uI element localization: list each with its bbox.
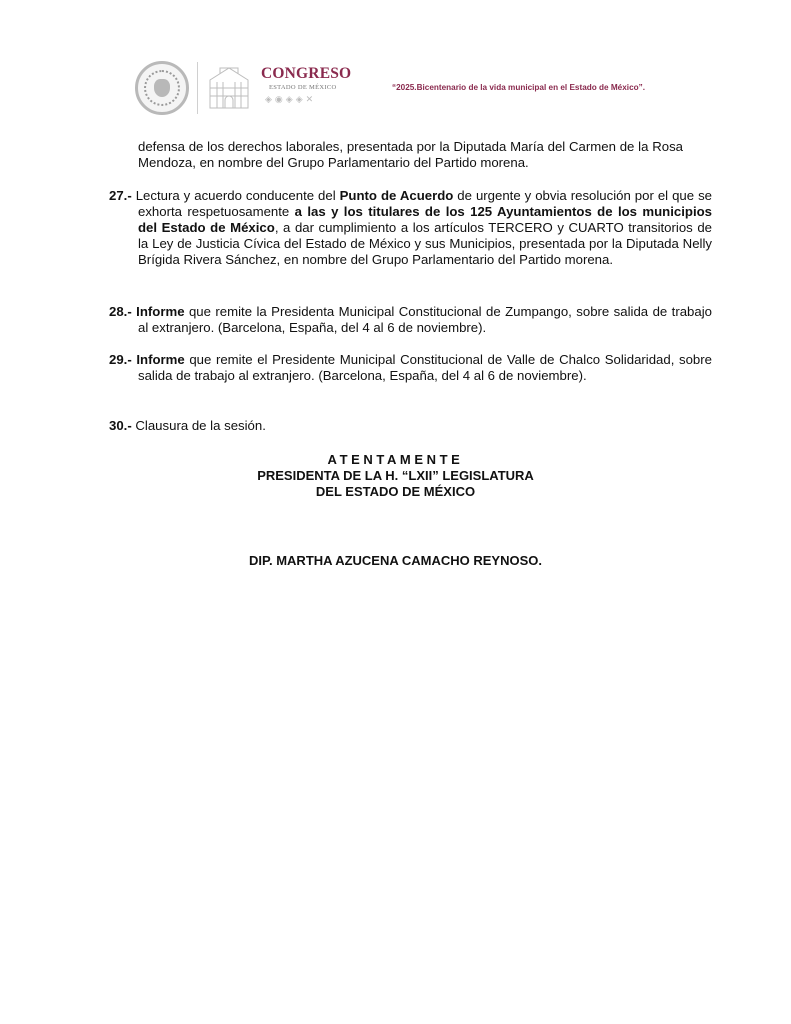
congreso-logo-title: CONGRESO xyxy=(261,65,351,83)
item-text: Clausura de la sesión. xyxy=(132,418,266,433)
congreso-logo-subtitle: ESTADO DE MÉXICO xyxy=(269,84,336,91)
item-number: 30.- xyxy=(109,418,132,433)
item-number: 28.- xyxy=(109,304,132,319)
logo-ornament-icons: ◈◉◈◈✕ xyxy=(265,94,316,105)
item-text: Lectura y acuerdo conducente del xyxy=(132,188,340,203)
header-motto: “2025.Bicentenario de la vida municipal … xyxy=(392,83,645,92)
bold-text: Informe xyxy=(132,352,185,367)
header-divider xyxy=(197,62,198,114)
signature-closing: ATENTAMENTE xyxy=(0,452,791,468)
signature-title-line2: DEL ESTADO DE MÉXICO xyxy=(0,484,791,500)
item-number: 29.- xyxy=(109,352,132,367)
continuation-paragraph: defensa de los derechos laborales, prese… xyxy=(138,139,683,171)
bold-text: Informe xyxy=(132,304,185,319)
agenda-item-28: 28.- Informe que remite la Presidenta Mu… xyxy=(109,304,712,336)
agenda-item-30: 30.- Clausura de la sesión. xyxy=(109,418,712,434)
national-seal-icon xyxy=(135,61,189,115)
item-text: que remite la Presidenta Municipal Const… xyxy=(138,304,712,335)
signature-name: DIP. MARTHA AZUCENA CAMACHO REYNOSO. xyxy=(0,553,791,569)
item-text: que remite el Presidente Municipal Const… xyxy=(138,352,712,383)
agenda-item-29: 29.- Informe que remite el Presidente Mu… xyxy=(109,352,712,384)
bold-text: Punto de Acuerdo xyxy=(340,188,454,203)
item-number: 27.- xyxy=(109,188,132,203)
page-header: CONGRESO ESTADO DE MÉXICO ◈◉◈◈✕ “2025.Bi… xyxy=(0,0,791,120)
congress-building-icon xyxy=(206,64,252,110)
signature-title-line1: PRESIDENTA DE LA H. “LXII” LEGISLATURA xyxy=(0,468,791,484)
agenda-item-27: 27.- Lectura y acuerdo conducente del Pu… xyxy=(109,188,712,268)
